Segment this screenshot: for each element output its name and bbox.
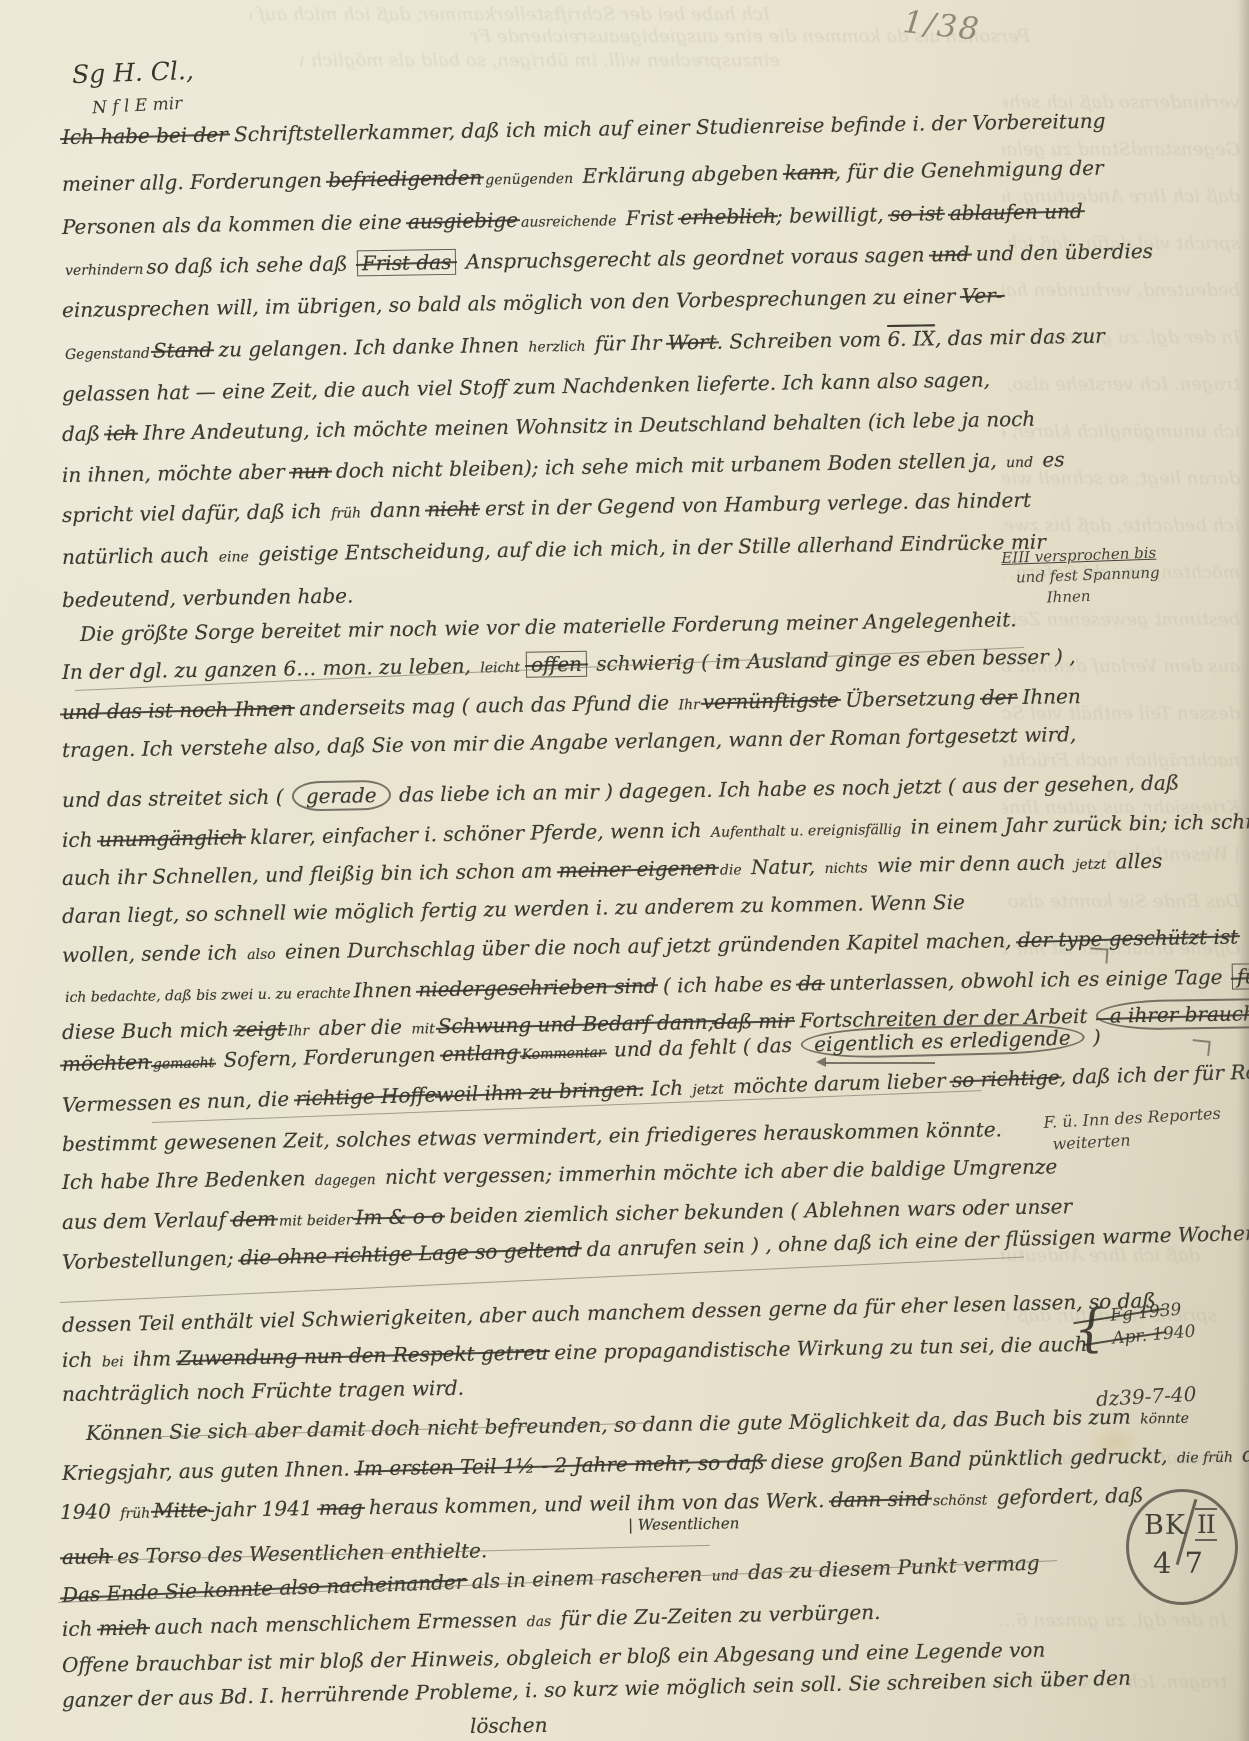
handwriting-segment: ausreichende — [521, 213, 617, 230]
handwriting-segment: ausgiebige — [408, 208, 518, 234]
handwriting-segment: spricht viel dafür, daß ich — [62, 499, 329, 527]
handwriting-segment: so richtige — [952, 1065, 1060, 1092]
handwriting-segment: , für die Genehmigung der — [834, 156, 1103, 184]
manuscript-line: GegenstandStand zu gelangen. Ich danke I… — [62, 324, 1105, 364]
handwriting-segment: , das mir das zur — [935, 324, 1105, 351]
manuscript-line: gelassen hat — eine Zeit, die auch viel … — [62, 367, 990, 406]
handwriting-segment: niedergeschrieben sind — [418, 974, 657, 1002]
margin-note: F. ü. Inn des Reportesweiterten — [1043, 1103, 1222, 1155]
handwriting-segment: befriedigenden — [328, 165, 482, 191]
handwriting-segment: genügenden — [485, 171, 573, 188]
handwriting-segment: Ich habe bei der — [62, 122, 228, 149]
manuscript-line: Ich habe bei der Schriftstellerkammer, d… — [62, 109, 1106, 149]
handwriting-segment: früh — [120, 1506, 150, 1522]
manuscript-line: dessen Teil enthält viel Schwierigkeiten… — [62, 1288, 1156, 1337]
handwriting-segment: es — [1036, 447, 1065, 471]
handwriting-segment: Zuwendung nun den Respekt getreu — [177, 1340, 548, 1370]
handwriting-segment: a ihrer brauchendem — [1096, 997, 1249, 1031]
handwriting-segment: Übersetzung — [839, 686, 982, 712]
handwriting-segment: eine — [219, 549, 249, 565]
manuscript-line: 1940 frühMitte-jahr 1941 mag heraus komm… — [60, 1483, 1144, 1524]
handwriting-segment: die — [720, 862, 742, 878]
handwriting-segment: Sofern, Forderungen — [217, 1042, 442, 1072]
handwriting-segment: da — [798, 971, 823, 995]
handwriting-segment: leicht — [480, 660, 520, 677]
handwriting-segment: Ihr — [678, 697, 699, 713]
handwriting-segment: auch — [62, 1544, 111, 1569]
manuscript-line: Die größte Sorge bereitet mir noch wie v… — [80, 607, 1017, 646]
salutation: Sg H. Cl., — [72, 56, 195, 89]
handwriting-segment: weil ihm zu bringen — [436, 1077, 638, 1107]
handwriting-segment: Ihre Andeutung, ich möchte meinen Wohnsi… — [137, 407, 1036, 445]
handwriting-segment: tragen. Ich verstehe also, daß Sie von m… — [62, 722, 1077, 762]
manuscript-line: auch ihr Schnellen, und fleißig bin ich … — [62, 849, 1163, 890]
handwriting-segment: aber die — [312, 1015, 409, 1041]
handwriting-segment: für die Zu-Zeiten zu verbürgen. — [554, 1600, 881, 1631]
manuscript-line: daran liegt, so schnell wie möglich fert… — [62, 890, 965, 928]
handwriting-segment: Aufenthalt u. ereignisfällig — [711, 822, 902, 841]
handwriting-segment: der — [982, 685, 1017, 710]
handwriting-segment: beiden ziemlich sicher bekunden ( Ablehn… — [443, 1194, 1072, 1228]
scan-edge-shadow — [1237, 0, 1249, 1741]
handwriting-segment: und — [931, 242, 970, 267]
handwriting-segment: und da fehlt ( das — [607, 1033, 798, 1062]
handwriting-segment: das — [527, 1614, 552, 1631]
handwriting-segment: und das streitet sich ( — [62, 784, 290, 812]
manuscript-line: ich bei ihm Zuwendung nun den Respekt ge… — [62, 1332, 1088, 1372]
handwriting-segment: daß — [62, 421, 107, 446]
handwriting-segment: wollen, sende ich — [62, 940, 245, 967]
manuscript-line: | Wesentlichen — [628, 1514, 740, 1534]
handwriting-segment: vernünftigste — [703, 688, 839, 714]
handwriting-segment: Personen als da kommen die eine — [62, 210, 408, 239]
handwriting-segment: Ver- — [962, 283, 1003, 308]
handwriting-segment: bedeutend, verbunden habe. — [62, 583, 354, 612]
handwriting-segment: offen — [526, 651, 587, 678]
handwriting-segment: Kriegsjahr, aus guten Ihnen. — [62, 1456, 357, 1485]
handwriting-segment: klarer, einfacher i. schöner Pferde, wen… — [244, 818, 709, 849]
manuscript-line: tragen. Ich verstehe also, daß Sie von m… — [62, 722, 1077, 762]
handwriting-segment: nachträglich noch Früchte tragen wird. — [62, 1376, 464, 1406]
handwriting-segment: kann — [785, 160, 835, 185]
bleedthrough-line: tragen. Ich verstehe also, daß Sie von m… — [1002, 374, 1240, 404]
handwriting-segment: dem — [232, 1207, 276, 1232]
handwriting-segment: früh — [331, 505, 361, 521]
margin-note: {Fg 1939Apr. 1940 — [1072, 1300, 1167, 1354]
handwriting-segment: meiner allg. Forderungen — [62, 168, 329, 196]
handwriting-segment: so ist — [890, 201, 944, 226]
manuscript-line: Personen als da kommen die eine ausgiebi… — [62, 199, 1083, 239]
handwriting-segment: . Schreiben vom — [716, 327, 887, 354]
handwriting-segment: verhindern — [65, 262, 144, 279]
bleedthrough-line: Das Ende Sie konnte also nacheinander al… — [1002, 891, 1240, 921]
handwriting-segment: | Wesentlichen — [628, 1514, 740, 1534]
handwriting-segment: die früh — [1177, 1450, 1233, 1467]
handwriting-segment: Frist das — [357, 249, 457, 277]
manuscript-line: Ich habe Ihre Bedenken dagegen nicht ver… — [62, 1154, 1058, 1194]
bleedthrough-line: einzusprechen will, im übrigen, so bald … — [300, 50, 780, 80]
stamp-roman: II — [1195, 1508, 1217, 1541]
bleedthrough-line: ich unumgänglich klarer, einfacher i. sc… — [1002, 421, 1240, 451]
handwriting-segment: und das ist noch Ihnen — [62, 696, 293, 724]
handwriting-segment: möchten — [62, 1050, 150, 1076]
header-annotation: N f l E mir — [92, 94, 183, 119]
handwriting-segment: Anspruchsgerecht als geordnet voraus sag… — [459, 242, 931, 273]
handwriting-segment: aus dem Verlauf — [62, 1207, 233, 1234]
manuscript-line: löschen — [470, 1713, 548, 1738]
handwriting-segment: erheblich — [680, 204, 776, 230]
handwriting-segment: Gegenstand — [65, 346, 150, 363]
handwriting-segment: eine propagandistische Wirkung zu tun se… — [548, 1332, 1088, 1364]
handwriting-segment: ) — [1086, 1025, 1101, 1049]
handwriting-segment: bestimmt gewesenen Zeit, solches etwas v… — [62, 1117, 1002, 1156]
manuscript-line: und das ist noch Ihnen anderseits mag ( … — [62, 684, 1081, 724]
handwriting-segment: also — [247, 947, 276, 963]
handwriting-segment: ablaufen und — [950, 199, 1083, 225]
handwriting-segment: zeigt — [235, 1017, 285, 1042]
handwriting-segment: diese Buch mich — [62, 1017, 236, 1044]
handwriting-segment: gefordert, daß — [990, 1483, 1143, 1509]
handwriting-segment: Schwung und Bedarf dann, — [438, 1010, 715, 1038]
handwriting-segment: so daß ich sehe daß — [146, 251, 354, 278]
handwriting-segment: jetzt — [692, 1082, 724, 1099]
handwriting-segment: in einem Jahr zurück bin; ich schreibe d… — [904, 808, 1249, 839]
handwriting-segment: alles — [1109, 849, 1163, 874]
handwriting-segment: nun — [291, 459, 330, 484]
manuscript-line: auch es Torso des Wesentlichen enthielte… — [62, 1538, 488, 1569]
handwriting-segment: der type geschützt ist — [1018, 925, 1239, 952]
handwriting-segment: und — [1006, 455, 1033, 471]
handwriting-segment: gemacht — [153, 1055, 215, 1073]
handwriting-segment: ich — [106, 421, 137, 445]
handwriting-segment: Ihr — [288, 1023, 309, 1039]
handwriting-segment: könnte — [1140, 1411, 1189, 1428]
handwriting-segment: einen Durchschlag über die noch auf jetz… — [278, 928, 1018, 964]
handwriting-segment: mag — [319, 1495, 363, 1520]
manuscript-line: bedeutend, verbunden habe. — [62, 583, 354, 612]
handwriting-segment: : Ich — [638, 1075, 690, 1100]
bleedthrough-line: bedeutend, verbunden habe. — [1002, 280, 1240, 310]
handwriting-segment: Ihnen — [353, 977, 418, 1002]
handwriting-segment: daß mir — [714, 1009, 794, 1034]
handwriting-segment: natürlich auch — [62, 543, 216, 569]
handwriting-segment: nicht — [427, 496, 479, 521]
manuscript-page: Ich habe bei der Schriftstellerkammer, d… — [0, 0, 1249, 1741]
stamp-number: 47 — [1153, 1546, 1216, 1580]
handwriting-segment: Im & o o — [355, 1204, 443, 1229]
arrow-stroke — [825, 1062, 935, 1064]
handwriting-segment: herzlich — [528, 339, 585, 356]
handwriting-segment: auch ihr Schnellen, und fleißig bin ich … — [62, 858, 559, 890]
manuscript-line: spricht viel dafür, daß ich früh dann ni… — [62, 488, 1031, 527]
margin-note-row: dz39-7-40 — [1095, 1381, 1197, 1413]
handwriting-segment: heraus kommen, und weil ihm von das Werk… — [362, 1488, 831, 1519]
foxing-spot — [1078, 1418, 1152, 1466]
handwriting-segment: ( ich habe es — [656, 971, 798, 997]
handwriting-segment: bei — [102, 1354, 124, 1370]
manuscript-line: verhindernso daß ich sehe daß Frist das … — [62, 239, 1153, 280]
handwriting-segment: die ohne richtige Lage so geltend — [240, 1237, 581, 1269]
handwriting-segment: schönst — [933, 1492, 988, 1509]
handwriting-segment: Kommentar — [521, 1045, 604, 1063]
handwriting-segment: Vermessen es nun, die — [62, 1086, 296, 1117]
stamp-code: BK — [1144, 1510, 1186, 1541]
handwriting-segment: gelassen hat — eine Zeit, die auch viel … — [62, 367, 990, 406]
handwriting-segment: Stand — [153, 338, 213, 363]
manuscript-line: Kriegsjahr, aus guten Ihnen. Im ersten T… — [62, 1442, 1249, 1485]
handwriting-segment: einzusprechen will, im übrigen, so bald … — [62, 284, 962, 322]
handwriting-segment: dagegen — [315, 1172, 376, 1189]
handwriting-segment: Erklärung abgeben — [576, 161, 785, 188]
handwriting-segment: unumgänglich — [99, 825, 244, 851]
handwriting-segment: nichts — [824, 860, 867, 877]
handwriting-segment: anderseits mag ( auch das Pfund die — [293, 690, 676, 720]
bleedthrough-line: daran liegt, so schnell wie möglich fert… — [1002, 468, 1240, 498]
manuscript-line: ich mich auch nach menschlichem Ermessen… — [62, 1600, 881, 1641]
handwriting-segment: In der dgl. zu ganzen 6… mon. zu leben, — [62, 653, 478, 684]
handwriting-segment: ich — [62, 1616, 99, 1641]
margin-note: EIII versprochen bisund fest SpannungIhn… — [1001, 543, 1161, 609]
pencil-corner-mark — [1191, 1039, 1210, 1056]
handwriting-segment: Frist — [619, 205, 680, 230]
handwriting-segment: jetzt — [1075, 857, 1107, 873]
handwriting-segment: dann sind — [831, 1486, 931, 1512]
handwriting-segment: und den überdies — [969, 239, 1153, 266]
handwriting-segment: unterlassen, obwohl ich es einige Tage — [823, 965, 1229, 995]
handwriting-segment: löschen — [470, 1713, 548, 1738]
handwriting-segment: -jahr 1941 — [208, 1496, 319, 1522]
handwriting-segment: und — [711, 1568, 739, 1585]
handwriting-segment: Können Sie sich aber damit doch nicht be… — [86, 1404, 1137, 1445]
handwriting-segment: es Torso des Wesentlichen enthielte. — [111, 1538, 488, 1568]
handwriting-segment: nicht vergessen; immerhin möchte ich abe… — [379, 1154, 1058, 1189]
handwriting-segment: ; bewilligt, — [776, 202, 890, 228]
margin-note: dz39-7-40 — [1095, 1381, 1197, 1413]
handwriting-segment: ihm — [126, 1346, 177, 1371]
manuscript-line: nachträglich noch Früchte tragen wird. — [62, 1376, 464, 1406]
manuscript-line: Können Sie sich aber damit doch nicht be… — [86, 1404, 1192, 1445]
manuscript-line: meiner allg. Forderungen befriedigendeng… — [62, 156, 1104, 196]
handwriting-segment: 1940 — [60, 1499, 118, 1524]
manuscript-line: einzusprechen will, im übrigen, so bald … — [62, 283, 1003, 322]
handwriting-segment: für Ihr — [588, 330, 668, 355]
manuscript-line: bestimmt gewesenen Zeit, solches etwas v… — [62, 1117, 1002, 1156]
handwriting-segment: ich bedachte, daß bis zwei u. zu erachte — [65, 985, 351, 1005]
bleedthrough-line: bestimmt gewesenen Zeit, solches etwas v… — [1002, 609, 1240, 639]
handwriting-segment: auch nach menschlichem Ermessen — [148, 1607, 524, 1639]
handwriting-segment: Natur, — [744, 854, 821, 879]
handwriting-segment: geistige Entscheidung, auf die ich mich,… — [252, 530, 1046, 566]
handwriting-segment: , daß ich der für Roman — [1059, 1058, 1249, 1089]
handwriting-segment: mit — [411, 1021, 435, 1037]
handwriting-segment: Schriftstellerkammer, daß ich mich auf e… — [228, 109, 1106, 147]
margin-note-row: Ihnen — [1046, 583, 1160, 607]
handwriting-segment: möchte darum lieber — [726, 1068, 952, 1098]
handwriting-segment: als in einem rascheren — [465, 1562, 709, 1594]
manuscript-line: daß ich Ihre Andeutung, ich möchte meine… — [62, 407, 1036, 446]
handwriting-segment: wie mir denn auch — [870, 850, 1072, 877]
handwriting-segment: Vorbestellungen; — [62, 1246, 241, 1274]
handwriting-segment: Ich habe Ihre Bedenken — [62, 1166, 312, 1194]
handwriting-segment: Mitte — [153, 1498, 208, 1523]
handwriting-segment: doch nicht bleiben); ich sehe mich mit u… — [329, 448, 1003, 483]
handwriting-segment: ich — [62, 827, 99, 852]
handwriting-segment: mit beider — [279, 1212, 353, 1229]
manuscript-line: in ihnen, möchte aber nun doch nicht ble… — [62, 447, 1065, 487]
handwriting-segment: 6. IX — [887, 326, 935, 351]
handwriting-segment: ich — [62, 1347, 99, 1372]
handwriting-segment: richtige Hoffe — [295, 1083, 437, 1111]
handwriting-segment: in ihnen, möchte aber — [62, 459, 291, 487]
handwriting-segment: meiner eigenen — [558, 856, 717, 882]
handwriting-segment: zu gelangen. Ich danke Ihnen — [212, 333, 526, 362]
handwriting-segment: dessen Teil enthält viel Schwierigkeiten… — [62, 1288, 1156, 1337]
handwriting-segment: Im ersten Teil 1½ - 2 Jahre mehr, so daß — [356, 1450, 765, 1480]
arrow-head-icon — [816, 1057, 826, 1067]
handwriting-segment: gerade — [292, 780, 391, 812]
handwriting-segment: mich — [99, 1615, 149, 1640]
handwriting-segment: Wort — [668, 330, 717, 355]
handwriting-segment: erst in der Gegend von Hamburg verlege. … — [478, 488, 1031, 521]
manuscript-line: In der dgl. zu ganzen 6… mon. zu leben, … — [62, 644, 1076, 684]
manuscript-line: natürlich auch eine geistige Entscheidun… — [62, 530, 1046, 569]
handwriting-segment: Die größte Sorge bereitet mir noch wie v… — [80, 607, 1017, 646]
handwriting-segment: Ihnen — [1016, 684, 1081, 709]
handwriting-segment: dann — [364, 497, 428, 522]
handwriting-segment: daran liegt, so schnell wie möglich fert… — [62, 890, 965, 928]
bleedthrough-line: In der dgl. zu ganzen 6… mon. zu leben, … — [995, 1610, 1227, 1640]
archive-stamp: BK II 47 — [1126, 1489, 1238, 1605]
pencil-corner-mark — [1089, 947, 1108, 963]
handwriting-segment: entlang — [441, 1040, 518, 1066]
